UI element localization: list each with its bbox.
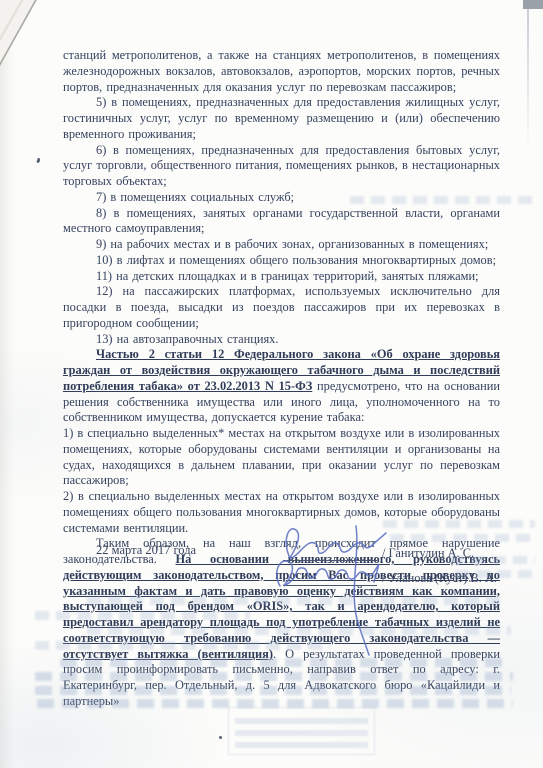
text-run: 5) в помещениях, предназначенных для пре… [63, 95, 500, 141]
paragraph: Частью 2 статьи 12 Федерального закона «… [63, 347, 500, 426]
bleed-through-stamp [228, 707, 375, 755]
bleed-through-line [35, 641, 330, 650]
scan-speck [36, 158, 40, 164]
signature-line [283, 548, 377, 561]
bleed-through-line [35, 611, 250, 620]
paragraph: 1) в специально выделенных* местах на от… [63, 426, 500, 489]
scanned-letter-page: станций метрополитенов, а также на станц… [0, 0, 543, 768]
bleed-through-line [87, 596, 507, 605]
bleed-through-line [35, 686, 511, 695]
text-run: 12) на пассажирских платформах, использу… [63, 284, 500, 330]
bleed-through-line [35, 672, 513, 681]
paragraph: станций метрополитенов, а также на станц… [63, 48, 500, 95]
bleed-through-line [390, 534, 535, 542]
text-run: 13) на автозаправочных станциях. [96, 332, 278, 346]
text-run: станций метрополитенов, а также на станц… [63, 48, 500, 94]
letter-date: 22 марта 2017 года [96, 543, 196, 558]
paragraph: 9) на рабочих местах и в рабочих зонах, … [63, 237, 500, 253]
bleed-through-line [383, 520, 535, 528]
paragraph: Таким образом, на наш взгляд, происходит… [63, 536, 500, 709]
scan-page-edge [527, 9, 529, 149]
scan-artifact-bar [523, 0, 543, 9]
signature-line [283, 573, 377, 586]
text-run: 11) на детских площадках и в границах те… [96, 269, 479, 283]
text-run: 7) в помещениях социальных служб; [96, 190, 294, 204]
text-run: 6) в помещениях, предназначенных для пре… [63, 143, 500, 189]
paragraph: 6) в помещениях, предназначенных для пре… [63, 143, 500, 190]
paragraph: 13) на автозаправочных станциях. [63, 332, 500, 348]
paragraph: 5) в помещениях, предназначенных для пре… [63, 95, 500, 142]
scan-speck [219, 736, 222, 739]
paragraph: 12) на пассажирских платформах, использу… [63, 284, 500, 331]
text-run: 9) на рабочих местах и в рабочих зонах, … [96, 237, 488, 251]
signature-row-ganitulin: / Ганитулин А. С. [283, 546, 474, 561]
bleed-through-line [450, 556, 535, 564]
paragraph: 8) в помещениях, занятых органами госуда… [63, 206, 500, 238]
bleed-through-line [350, 196, 535, 204]
text-run: 8) в помещениях, занятых органами госуда… [63, 206, 500, 236]
paragraph: 10) в лифтах и помещениях общего пользов… [63, 253, 500, 269]
paragraph: 2) в специально выделенных местах на отк… [63, 489, 500, 536]
bleed-through-line [455, 570, 535, 578]
bleed-through-line [87, 626, 511, 635]
bleed-through-line [60, 658, 510, 667]
paragraph: 11) на детских площадках и в границах те… [63, 269, 500, 285]
text-run: 1) в специально выделенных* местах на от… [63, 426, 500, 487]
text-run: 10) в лифтах и помещениях общего пользов… [96, 253, 496, 267]
